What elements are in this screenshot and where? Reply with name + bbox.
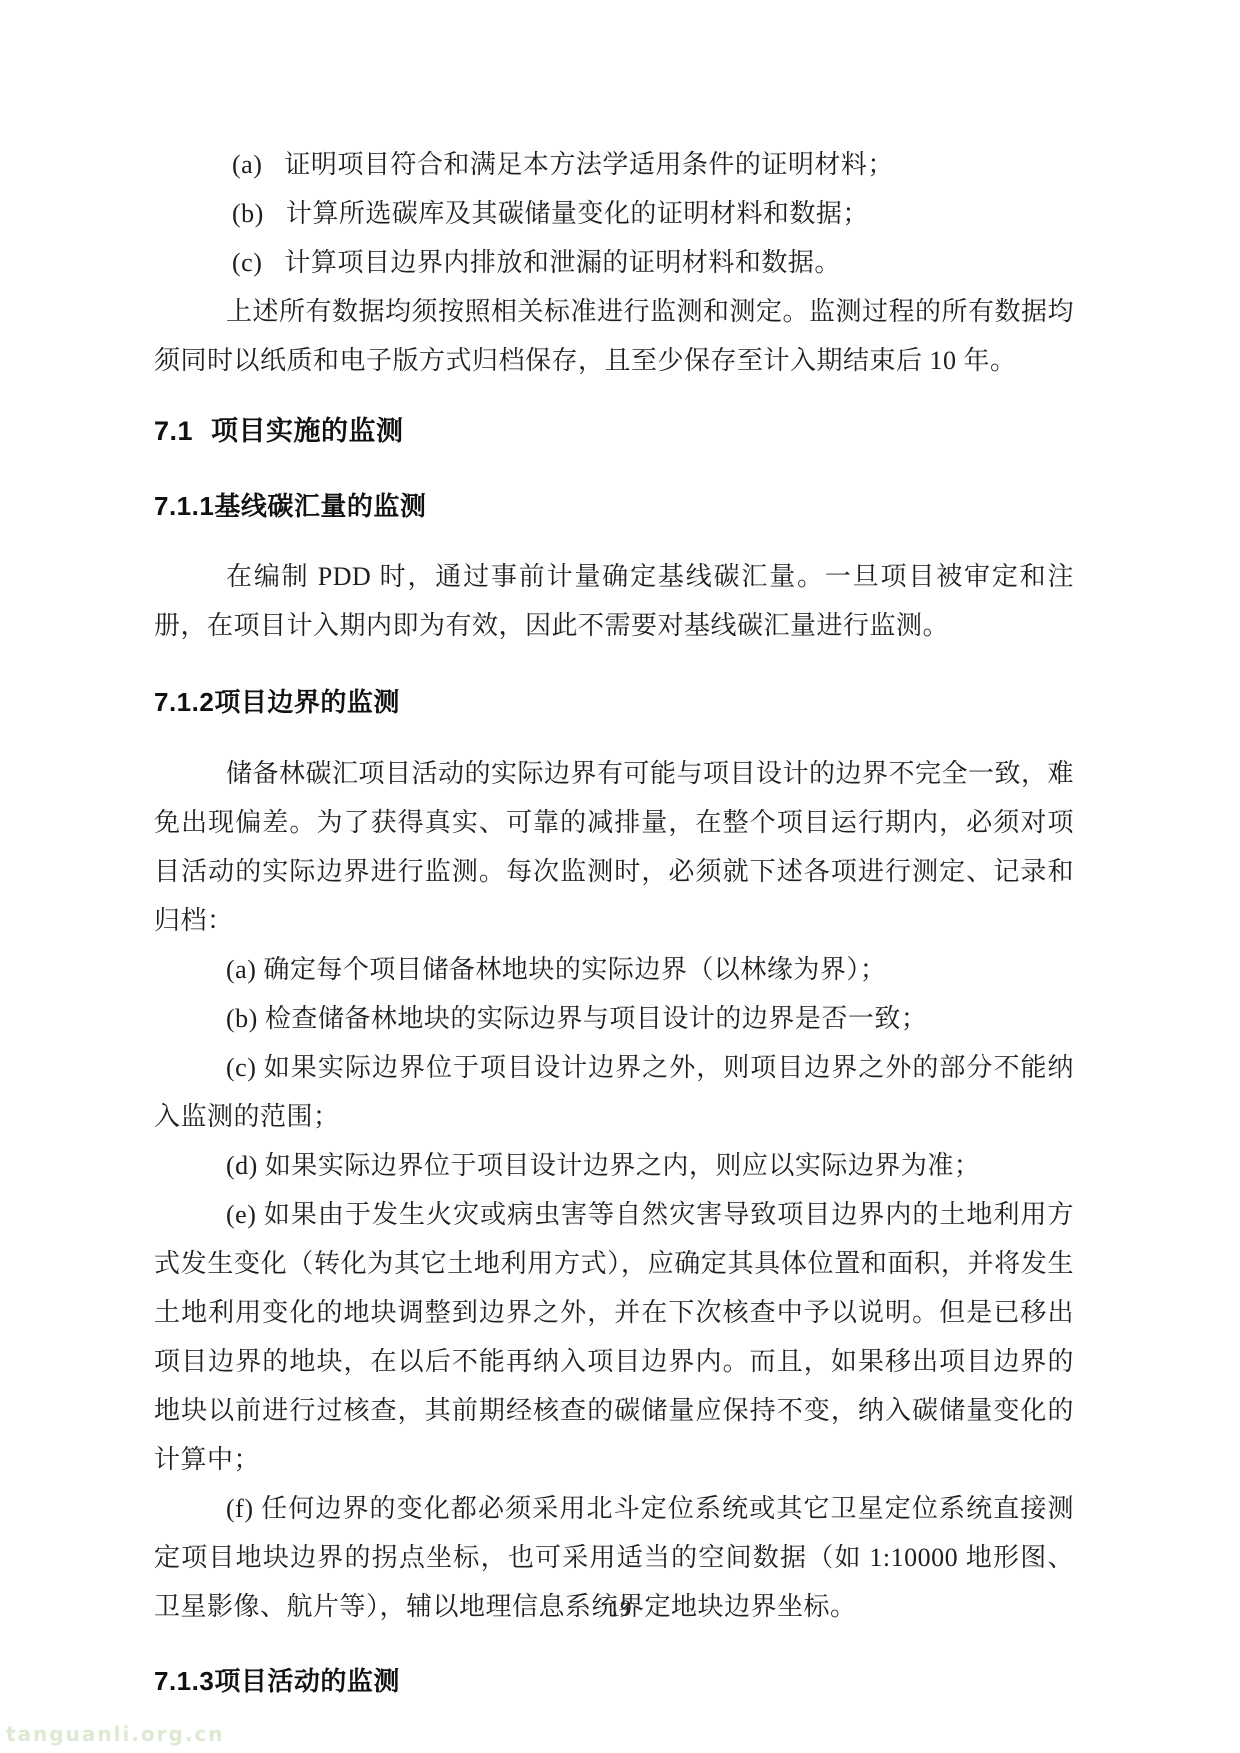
list-item: (b)计算所选碳库及其碳储量变化的证明材料和数据； [154,189,1074,238]
page-number: 19 [0,1595,1240,1623]
list-item-label: (b) [232,189,264,238]
heading-7-1-1: 7.1.1基线碳汇量的监测 [154,482,1074,531]
heading-title: 项目实施的监测 [211,416,404,446]
boundary-list-item-c: (c) 如果实际边界位于项目设计边界之外，则项目边界之外的部分不能纳入监测的范围… [154,1043,1074,1141]
list-item-label: (c) [232,238,262,287]
list-item-text: 证明项目符合和满足本方法学适用条件的证明材料； [284,150,894,179]
heading-7-1: 7.1项目实施的监测 [154,407,1074,456]
boundary-list-item-b: (b) 检查储备林地块的实际边界与项目设计的边界是否一致； [154,994,1074,1043]
paragraph-baseline-monitoring: 在编制 PDD 时，通过事前计量确定基线碳汇量。一旦项目被审定和注册，在项目计入… [154,552,1074,650]
list-item-label: (a) [232,140,262,189]
heading-7-1-3: 7.1.3项目活动的监测 [154,1657,1074,1706]
watermark-text: tanguanli.org.cn [6,1721,225,1747]
heading-7-1-2: 7.1.2项目边界的监测 [154,678,1074,727]
boundary-list-item-e: (e) 如果由于发生火灾或病虫害等自然灾害导致项目边界内的土地利用方式发生变化（… [154,1190,1074,1484]
list-item-text: 计算项目边界内排放和泄漏的证明材料和数据。 [284,248,841,277]
paragraph-archive-requirements: 上述所有数据均须按照相关标准进行监测和测定。监测过程的所有数据均须同时以纸质和电… [154,287,1074,385]
paragraph-boundary-monitoring: 储备林碳汇项目活动的实际边界有可能与项目设计的边界不完全一致，难免出现偏差。为了… [154,749,1074,945]
boundary-list-item-d: (d) 如果实际边界位于项目设计边界之内，则应以实际边界为准； [154,1141,1074,1190]
list-item: (a)证明项目符合和满足本方法学适用条件的证明材料； [154,140,1074,189]
list-item: (c)计算项目边界内排放和泄漏的证明材料和数据。 [154,238,1074,287]
heading-number: 7.1 [154,416,193,446]
list-item-text: 计算所选碳库及其碳储量变化的证明材料和数据； [286,199,869,228]
document-content: (a)证明项目符合和满足本方法学适用条件的证明材料； (b)计算所选碳库及其碳储… [154,140,1074,1706]
boundary-list-item-a: (a) 确定每个项目储备林地块的实际边界（以林缘为界）； [154,945,1074,994]
document-page: (a)证明项目符合和满足本方法学适用条件的证明材料； (b)计算所选碳库及其碳储… [0,0,1240,1753]
